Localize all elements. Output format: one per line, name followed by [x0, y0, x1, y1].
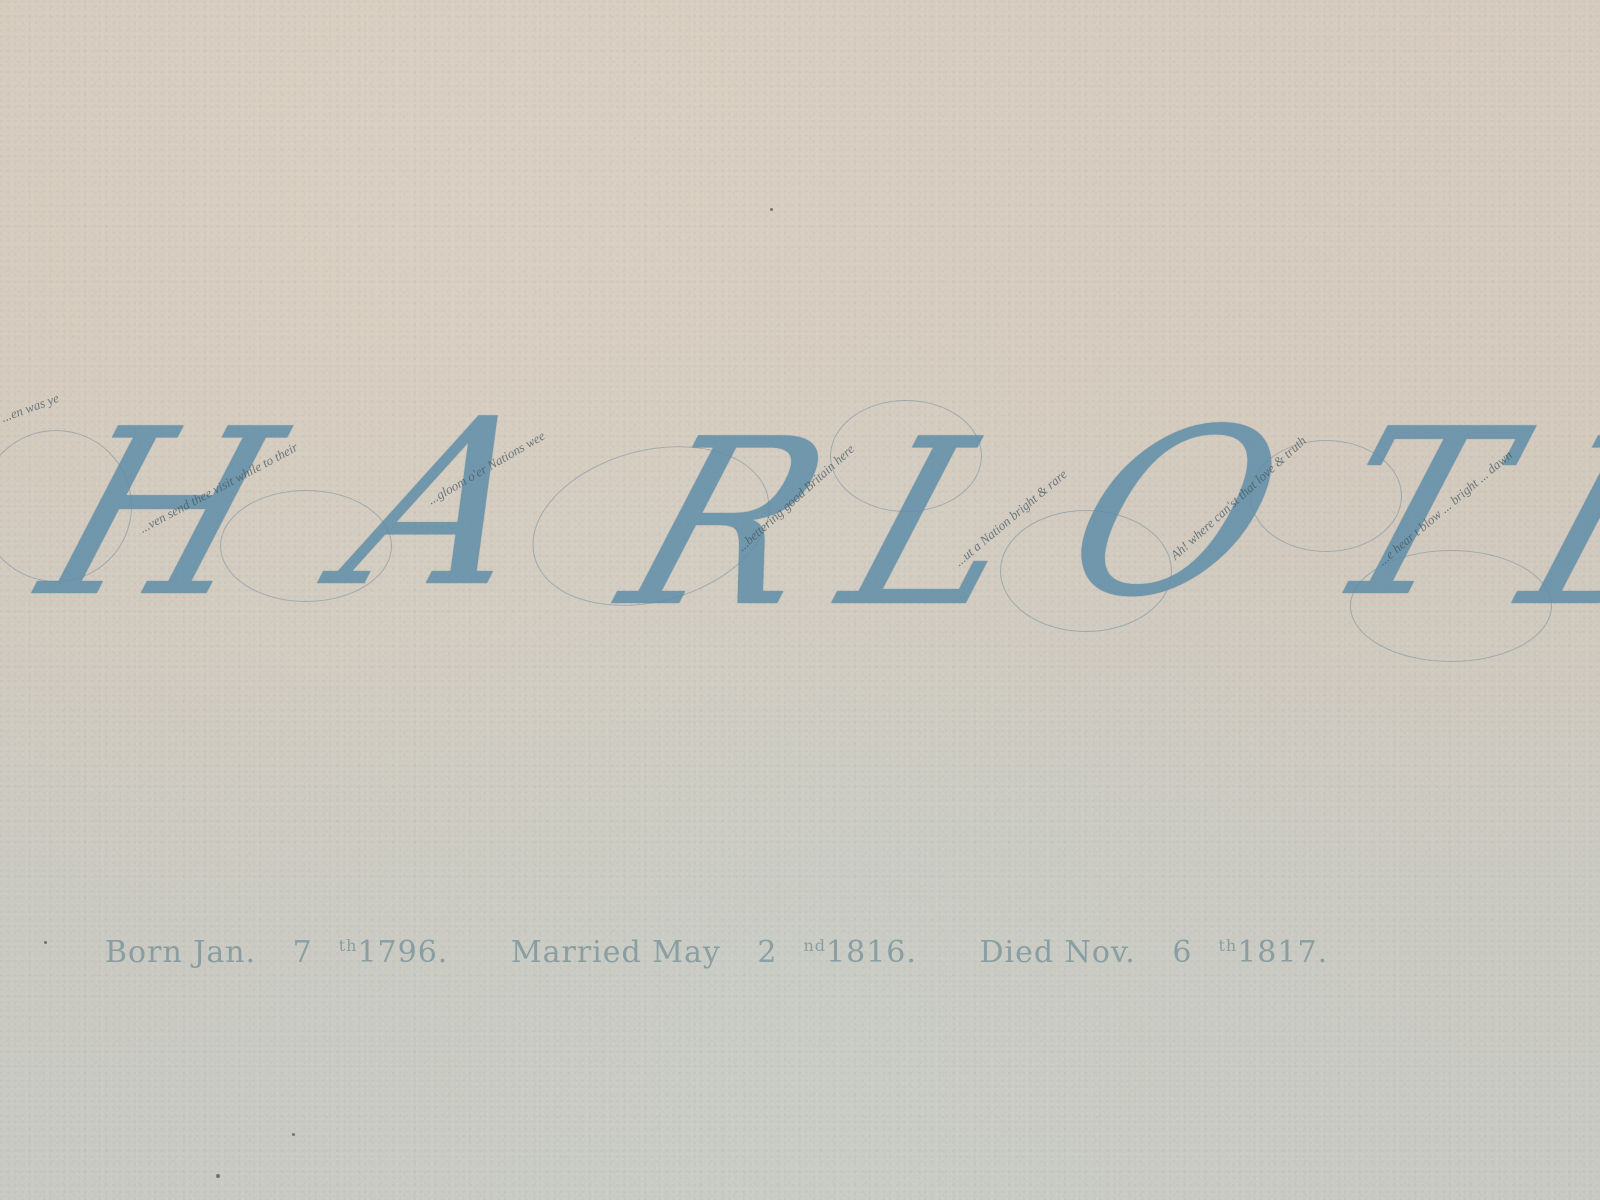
married-day: 2 [757, 935, 777, 970]
paper-speck [44, 941, 47, 944]
monogram-letter: R [603, 410, 851, 640]
monogram-letter: O [1043, 400, 1306, 630]
born-suffix: th [339, 936, 358, 955]
born-date: Born Jan. 7th1796. [105, 935, 474, 970]
life-dates-caption: Born Jan. 7th1796. Married May 2nd1816. … [105, 935, 1485, 970]
paper-speck [292, 1133, 295, 1136]
married-year: 1816. [826, 935, 917, 970]
died-label: Died Nov. [979, 935, 1135, 970]
monogram-letter: B [1503, 410, 1600, 640]
died-date: Died Nov. 6th1817. [979, 935, 1354, 970]
born-year: 1796. [357, 935, 448, 970]
married-label: Married May [511, 935, 721, 970]
died-year: 1817. [1237, 935, 1328, 970]
died-day: 6 [1172, 935, 1192, 970]
calligraphic-monogram: H A R L O T B ...en was ye ...ven send t… [0, 370, 1600, 670]
monogram-letter: A [323, 390, 564, 620]
paper-speck [216, 1174, 220, 1178]
born-day: 7 [293, 935, 313, 970]
married-suffix: nd [803, 936, 826, 955]
died-suffix: th [1218, 936, 1237, 955]
married-date: Married May 2nd1816. [511, 935, 943, 970]
born-label: Born Jan. [105, 935, 256, 970]
paper-speck [770, 208, 773, 211]
micro-text: ...en was ye [0, 390, 61, 426]
